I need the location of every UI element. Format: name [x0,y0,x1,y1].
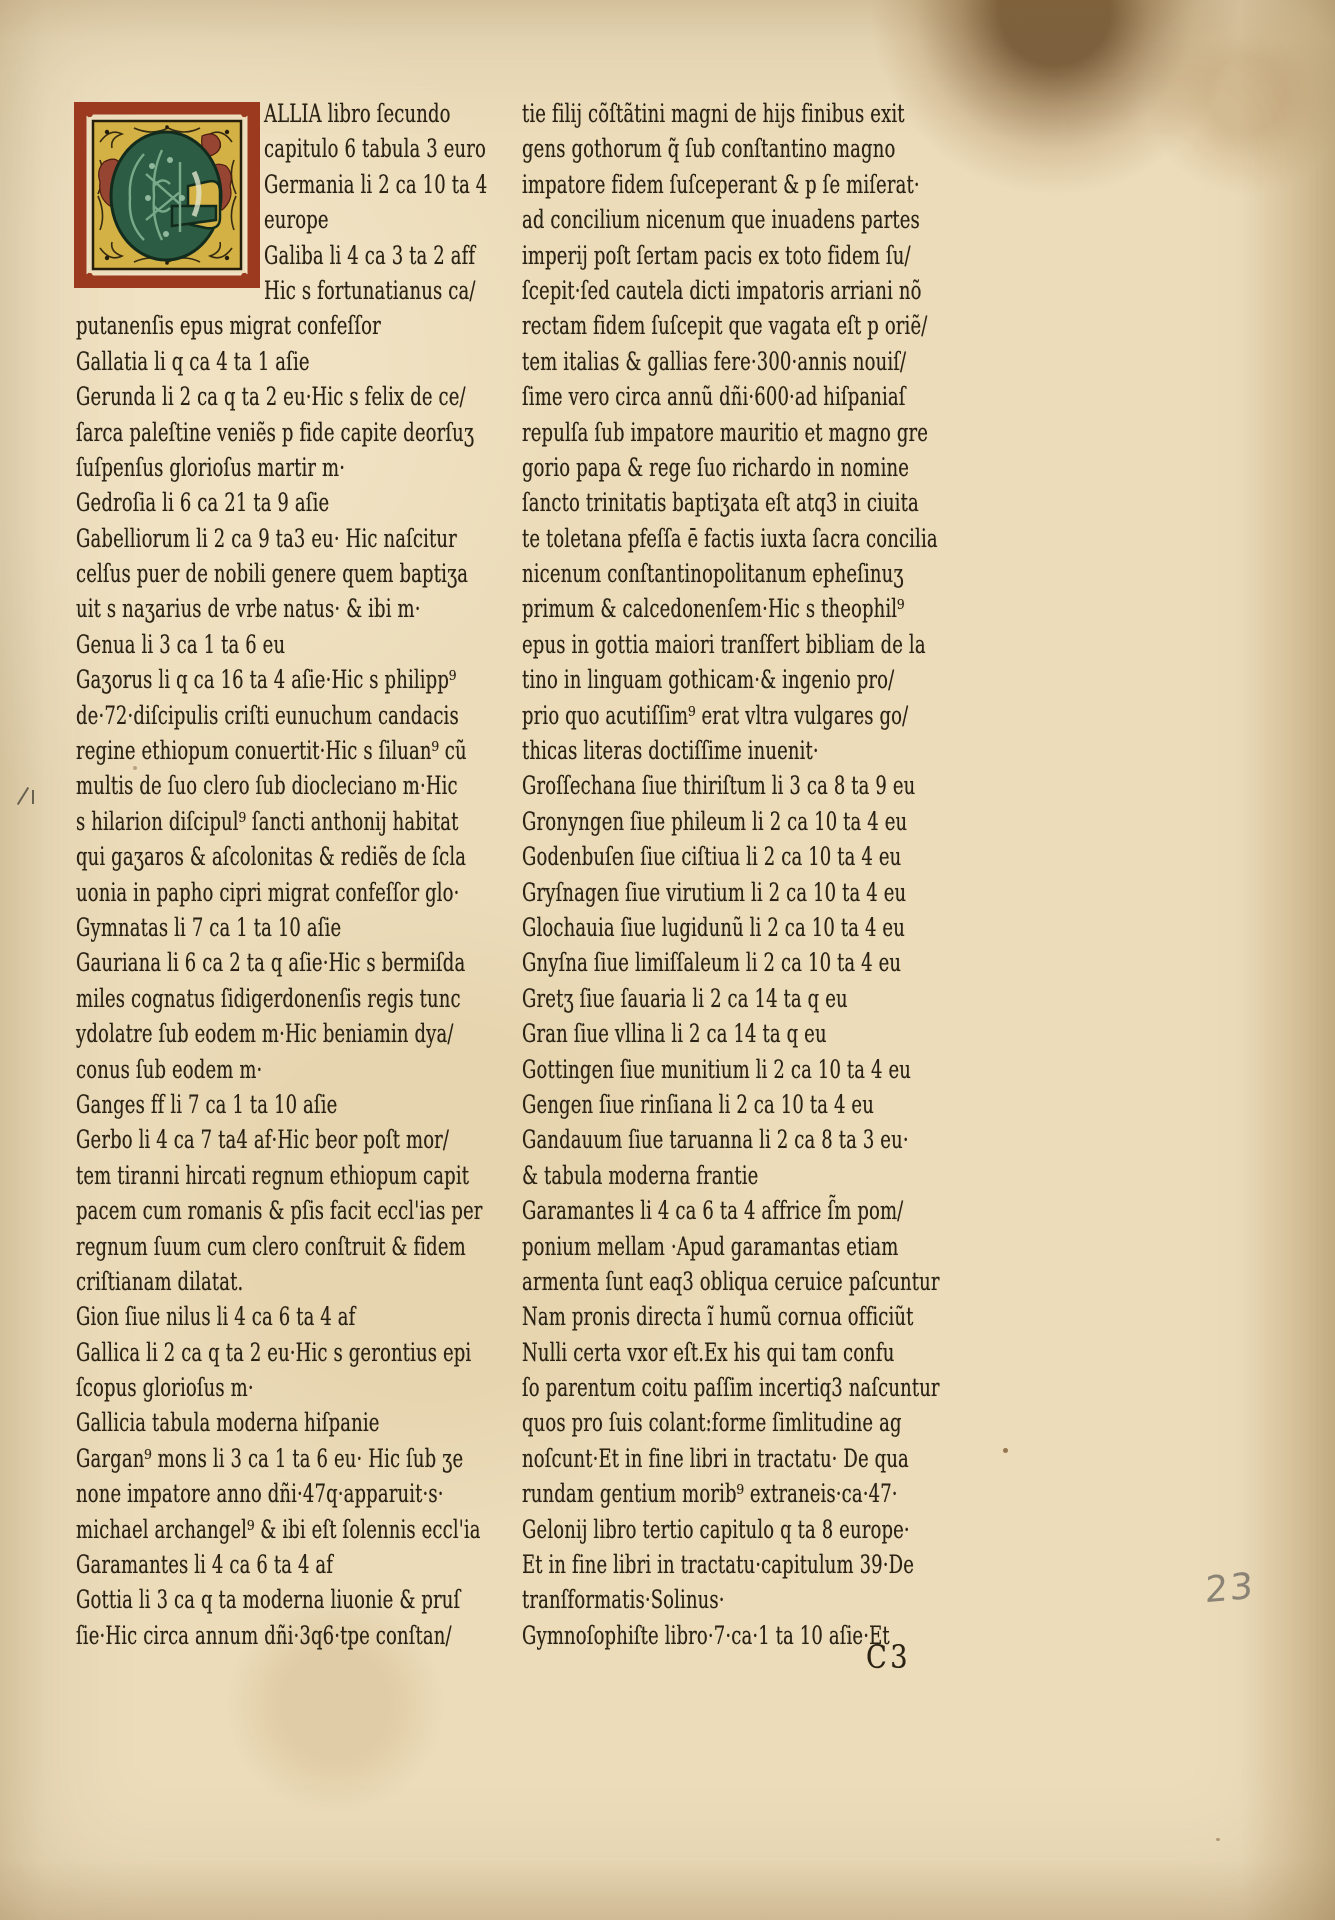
text-line: michael archangel⁹ & ibi eſt ſolennis ec… [76,1512,365,1547]
text-line: europe [264,202,418,237]
text-line: ALLIA libro ſecundo [264,96,418,131]
text-line: Genua li 3 ca 1 ta 6 eu [76,627,365,662]
text-line: s hilarion diſcipul⁹ ſancti anthonij hab… [76,804,365,839]
handwritten-folio-number: 23 [1205,1566,1255,1612]
text-line: multis de ſuo clero ſub diocleciano m·Hi… [76,768,365,803]
text-line: uonia in papho cipri migrat confeſſor gl… [76,875,365,910]
text-line: Gran ſiue vllina li 2 ca 14 ta q eu [522,1016,824,1051]
text-line: Gengen ſiue rinſiana li 2 ca 10 ta 4 eu [522,1087,824,1122]
text-line: Godenbuſen ſiue ciſtiua li 2 ca 10 ta 4 … [522,839,824,874]
text-line: ſie·Hic circa annum dñi·3q6·tpe conſtan/ [76,1618,365,1653]
text-line: gorio papa & rege ſuo richardo in nomine [522,450,824,485]
text-line: Garamantes li 4 ca 6 ta 4 af [76,1547,365,1582]
margin-ink-mark [14,784,40,810]
text-line: Galiba li 4 ca 3 ta 2 aff [264,238,418,273]
text-line: qui gaʒaros & aſcolonitas & rediẽs de ſc… [76,839,365,874]
text-line: primum & calcedonenſem·Hic s theophil⁹ [522,591,824,626]
text-line: Germania li 2 ca 10 ta 4 [264,167,418,202]
text-line: Gargan⁹ mons li 3 ca 1 ta 6 eu· Hic ſub … [76,1441,365,1476]
text-line: conus ſub eodem m· [76,1052,365,1087]
text-line: Ganges ff li 7 ca 1 ta 10 aſie [76,1087,365,1122]
text-line: Hic s fortunatianus ca/ [264,273,418,308]
text-line: impatore fidem ſuſceperant & p ſe miſera… [522,167,824,202]
text-line: ad concilium nicenum que inuadens partes [522,202,824,237]
text-line: Gottia li 3 ca q ta moderna liuonie & pr… [76,1582,365,1617]
text-line: Gretʒ ſiue ſauaria li 2 ca 14 ta q eu [522,981,824,1016]
text-line: none impatore anno dñi·47q·apparuit·s· [76,1476,365,1511]
text-line: Gaʒorus li q ca 16 ta 4 aſie·Hic s phili… [76,662,365,697]
text-line: Et in fine libri in tractatu·capitulum 3… [522,1547,824,1582]
text-line: Gedroſia li 6 ca 21 ta 9 aſie [76,485,365,520]
text-line: de·72·diſcipulis criſti eunuchum candaci… [76,698,365,733]
book-page: ALLIA libro ſecundocapitulo 6 tabula 3 e… [0,0,1335,1920]
text-line: celſus puer de nobili genere quem baptiʒ… [76,556,365,591]
text-line: regine ethiopum conuertit·Hic s ſiluan⁹ … [76,733,365,768]
text-line: Gronyngen ſiue phileum li 2 ca 10 ta 4 e… [522,804,824,839]
text-line: Gnyſna ſiue limiſſaleum li 2 ca 10 ta 4 … [522,945,824,980]
text-line: capitulo 6 tabula 3 euro [264,131,418,166]
text-line: ſcopus glorioſus m· [76,1370,365,1405]
text-line: Gerunda li 2 ca q ta 2 eu·Hic s felix de… [76,379,365,414]
text-line: ponium mellam ·Apud garamantas etiam [522,1229,824,1264]
text-line: Gandauum ſiue taruanna li 2 ca 8 ta 3 eu… [522,1122,824,1157]
text-line: rundam gentium morib⁹ extraneis·ca·47· [522,1476,824,1511]
text-line: ydolatre ſub eodem m·Hic beniamin dya/ [76,1016,365,1051]
text-line: & tabula moderna frantie [522,1158,824,1193]
text-line: ſuſpenſus glorioſus martir m· [76,450,365,485]
text-line: ſancto trinitatis baptiʒata eſt atq3 in … [522,485,824,520]
text-line: Gabelliorum li 2 ca 9 ta3 eu· Hic naſcit… [76,521,365,556]
text-line: putanenſis epus migrat confeſſor [76,308,365,343]
text-line: Gerbo li 4 ca 7 ta4 af·Hic beor poſt mor… [76,1122,365,1157]
text-line: tem italias & gallias fere·300·annis nou… [522,344,824,379]
text-line: repulſa ſub impatore mauritio et magno g… [522,415,824,450]
text-line: Gryſnagen ſiue virutium li 2 ca 10 ta 4 … [522,875,824,910]
text-line: te toletana pfeſſa ē factis iuxta ſacra … [522,521,824,556]
text-line: armenta ſunt eaq3 obliqua ceruice paſcun… [522,1264,824,1299]
text-line: ſo parentum coitu paſſim incertiq3 naſcu… [522,1370,824,1405]
text-line: Gauriana li 6 ca 2 ta q aſie·Hic s bermi… [76,945,365,980]
text-line: gens gothorum q̃ ſub conſtantino magno [522,131,824,166]
text-line: Garamantes li 4 ca 6 ta 4 affrice ſ̃m po… [522,1193,824,1228]
text-line: ſcepit·ſed cautela dicti impatoris arria… [522,273,824,308]
text-line: Groſſechana ſiue thiriſtum li 3 ca 8 ta … [522,768,824,803]
text-line: Nam pronis directa ĩ humũ cornua officiũ… [522,1299,824,1334]
foxing-speck [1216,1838,1220,1841]
text-line: tranſformatis·Solinus· [522,1582,824,1617]
text-line: uit s naʒarius de vrbe natus· & ibi m· [76,591,365,626]
text-line: quos pro ſuis colant:forme ſimlitudine a… [522,1405,824,1440]
text-line: Nulli certa vxor eſt.Ex his qui tam conf… [522,1335,824,1370]
text-line: ſarca paleſtine veniẽs p fide capite deo… [76,415,365,450]
text-line: Gion ſiue nilus li 4 ca 6 ta 4 af [76,1299,365,1334]
text-line: Gallica li 2 ca q ta 2 eu·Hic s gerontiu… [76,1335,365,1370]
text-line: tie filij cõſtãtini magni de hijs finibu… [522,96,824,131]
text-line: imperij poſt ſertam pacis ex toto fidem … [522,238,824,273]
text-line: Gymnoſophiſte libro·7·ca·1 ta 10 aſie·Et [522,1618,824,1653]
text-line: noſcunt·Et in fine libri in tractatu· De… [522,1441,824,1476]
text-line: rectam fidem ſuſcepit que vagata eſt p o… [522,308,824,343]
text-line: criſtianam dilatat. [76,1264,365,1299]
foxing-speck [1003,1448,1008,1453]
quire-signature: C3 [866,1638,911,1676]
left-text-column: ALLIA libro ſecundocapitulo 6 tabula 3 e… [76,96,478,1653]
text-line: miles cognatus ſidigerdonenſis regis tun… [76,981,365,1016]
text-line: tem tiranni hircati regnum ethiopum capi… [76,1158,365,1193]
text-line: thicas literas doctiſſime inuenit· [522,733,824,768]
foxing-speck [306,1352,309,1355]
text-line: prio quo acutiſſim⁹ erat vltra vulgares … [522,698,824,733]
text-line: tino in linguam gothicam·& ingenio pro/ [522,662,824,697]
right-text-column: tie filij cõſtãtini magni de hijs finibu… [522,96,942,1653]
text-line: Gelonij libro tertio capitulo q ta 8 eur… [522,1512,824,1547]
text-line: regnum ſuum cum clero conſtruit & fidem [76,1229,365,1264]
foxing-speck [133,766,137,770]
text-line: nicenum conſtantinopolitanum epheſinuʒ [522,556,824,591]
text-line: pacem cum romanis & pſis facit eccl'ias … [76,1193,365,1228]
text-line: ſime vero circa annũ dñi·600·ad hiſpania… [522,379,824,414]
text-line: epus in gottia maiori tranſfert bibliam … [522,627,824,662]
left-column-lines: putanenſis epus migrat confeſſorGallatia… [76,308,478,1653]
text-line: Glochauia ſiue lugidunũ li 2 ca 10 ta 4 … [522,910,824,945]
initial-adjacent-lines: ALLIA libro ſecundocapitulo 6 tabula 3 e… [76,96,478,308]
text-line: Gottingen ſiue munitium li 2 ca 10 ta 4 … [522,1052,824,1087]
text-line: Gallatia li q ca 4 ta 1 aſie [76,344,365,379]
text-line: Gymnatas li 7 ca 1 ta 10 aſie [76,910,365,945]
text-line: Gallicia tabula moderna hiſpanie [76,1405,365,1440]
